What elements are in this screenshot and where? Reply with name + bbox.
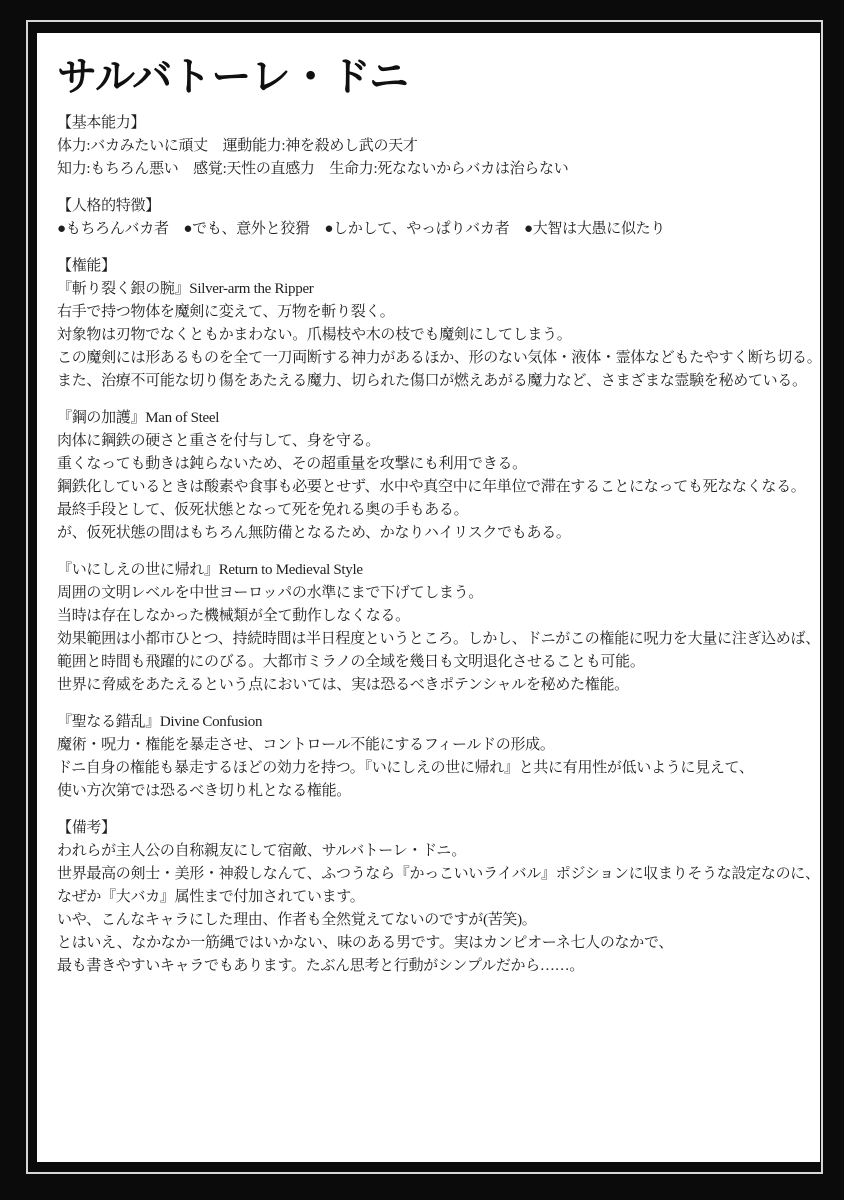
text-block: 『いにしえの世に帰れ』Return to Medieval Style周囲の文明… <box>57 559 814 697</box>
text-line: 最終手段として、仮死状態となって死を免れる奥の手もある。 <box>57 499 814 522</box>
text-line: 体力:バカみたいに頑丈 運動能力:神を殺めし武の天才 <box>57 135 814 158</box>
text-line: 周囲の文明レベルを中世ヨーロッパの水準にまで下げてしまう。 <box>57 582 814 605</box>
text-line: 使い方次第では恐るべき切り札となる権能。 <box>57 780 814 803</box>
text-line: なぜか『大バカ』属性まで付加されています。 <box>57 886 814 909</box>
document-body: 【基本能力】体力:バカみたいに頑丈 運動能力:神を殺めし武の天才知力:もちろん悪… <box>57 112 814 978</box>
section-heading: 【人格的特徴】 <box>57 195 814 218</box>
text-line: 知力:もちろん悪い 感覚:天性の直感力 生命力:死なないからバカは治らない <box>57 158 814 181</box>
document-page: サルバトーレ・ドニ 【基本能力】体力:バカみたいに頑丈 運動能力:神を殺めし武の… <box>37 33 820 1162</box>
text-line: いや、こんなキャラにした理由、作者も全然覚えてないのですが(苦笑)。 <box>57 909 814 932</box>
text-line: 『聖なる錯乱』Divine Confusion <box>57 711 814 734</box>
text-line: 重くなっても動きは鈍らないため、その超重量を攻撃にも利用できる。 <box>57 453 814 476</box>
text-block: 【権能】『斬り裂く銀の腕』Silver-arm the Ripper右手で持つ物… <box>57 255 814 393</box>
text-line: また、治療不可能な切り傷をあたえる魔力、切られた傷口が燃えあがる魔力など、さまざ… <box>57 370 814 393</box>
text-line: 『斬り裂く銀の腕』Silver-arm the Ripper <box>57 278 814 301</box>
text-block: 『聖なる錯乱』Divine Confusion魔術・呪力・権能を暴走させ、コント… <box>57 711 814 803</box>
text-line: われらが主人公の自称親友にして宿敵、サルバトーレ・ドニ。 <box>57 840 814 863</box>
text-line: 魔術・呪力・権能を暴走させ、コントロール不能にするフィールドの形成。 <box>57 734 814 757</box>
text-line: ドニ自身の権能も暴走するほどの効力を持つ。『いにしえの世に帰れ』と共に有用性が低… <box>57 757 814 780</box>
text-line: 世界最高の剣士・美形・神殺しなんて、ふつうなら『かっこいいライバル』ポジションに… <box>57 863 814 886</box>
text-line: 肉体に鋼鉄の硬さと重さを付与して、身を守る。 <box>57 430 814 453</box>
section-heading: 【権能】 <box>57 255 814 278</box>
text-block: 【備考】われらが主人公の自称親友にして宿敵、サルバトーレ・ドニ。世界最高の剣士・… <box>57 817 814 978</box>
text-line: が、仮死状態の間はもちろん無防備となるため、かなりハイリスクでもある。 <box>57 522 814 545</box>
screen-background: サルバトーレ・ドニ 【基本能力】体力:バカみたいに頑丈 運動能力:神を殺めし武の… <box>0 0 844 1200</box>
text-line: 『いにしえの世に帰れ』Return to Medieval Style <box>57 559 814 582</box>
text-line: 範囲と時間も飛躍的にのびる。大都市ミラノの全域を幾日も文明退化させることも可能。 <box>57 651 814 674</box>
text-line: 鋼鉄化しているときは酸素や食事も必要とせず、水中や真空中に年単位で滞在することに… <box>57 476 814 499</box>
text-block: 【基本能力】体力:バカみたいに頑丈 運動能力:神を殺めし武の天才知力:もちろん悪… <box>57 112 814 181</box>
section-heading: 【備考】 <box>57 817 814 840</box>
text-line: 世界に脅威をあたえるという点においては、実は恐るべきポテンシャルを秘めた権能。 <box>57 674 814 697</box>
text-line: 最も書きやすいキャラでもあります。たぶん思考と行動がシンプルだから……。 <box>57 955 814 978</box>
text-line: この魔剣には形あるものを全て一刀両断する神力があるほか、形のない気体・液体・霊体… <box>57 347 814 370</box>
text-line: 対象物は刃物でなくともかまわない。爪楊枝や木の枝でも魔剣にしてしまう。 <box>57 324 814 347</box>
text-block: 【人格的特徴】●もちろんバカ者 ●でも、意外と狡猾 ●しかして、やっぱりバカ者 … <box>57 195 814 241</box>
text-line: ●もちろんバカ者 ●でも、意外と狡猾 ●しかして、やっぱりバカ者 ●大智は大愚に… <box>57 218 814 241</box>
text-line: 右手で持つ物体を魔剣に変えて、万物を斬り裂く。 <box>57 301 814 324</box>
page-title: サルバトーレ・ドニ <box>57 55 814 99</box>
text-line: 効果範囲は小都市ひとつ、持続時間は半日程度というところ。しかし、ドニがこの権能に… <box>57 628 814 651</box>
text-line: とはいえ、なかなか一筋縄ではいかない、味のある男です。実はカンピオーネ七人のなか… <box>57 932 814 955</box>
text-line: 『鋼の加護』Man of Steel <box>57 407 814 430</box>
text-block: 『鋼の加護』Man of Steel肉体に鋼鉄の硬さと重さを付与して、身を守る。… <box>57 407 814 545</box>
section-heading: 【基本能力】 <box>57 112 814 135</box>
text-line: 当時は存在しなかった機械類が全て動作しなくなる。 <box>57 605 814 628</box>
